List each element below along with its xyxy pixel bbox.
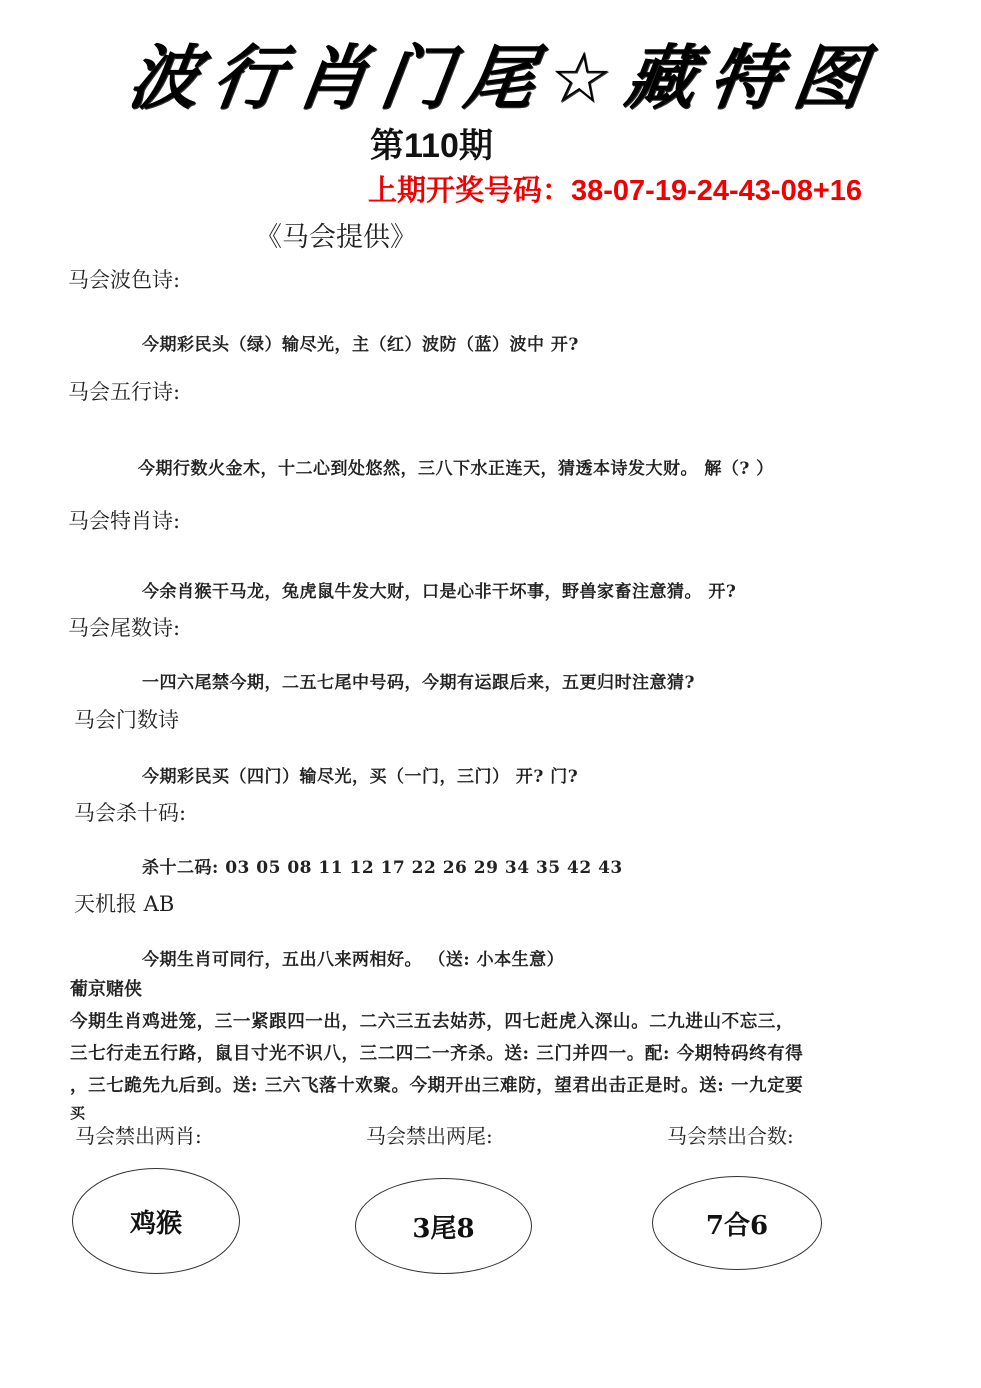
ban-tail-ellipse: 3尾8: [355, 1178, 532, 1274]
section-heading-door-number: 马会门数诗: [74, 704, 179, 734]
section-text-tail-number: 一四六尾禁今期，二五七尾中号码，今期有运跟后来，五更归时注意猜?: [142, 668, 695, 693]
ban-zodiac-value: 鸡猴: [130, 1203, 182, 1240]
section-text-kill-ten: 杀十二码: 03 05 08 11 12 17 22 26 29 34 35 4…: [142, 853, 623, 878]
ban-tail-value: 3尾8: [412, 1208, 474, 1245]
gamble-hero-line: ，三七跪先九后到。送: 三六飞落十欢聚。今期开出三难防，望君出击正是时。送: 一…: [70, 1072, 803, 1097]
provider-label: 《马会提供》: [255, 215, 417, 254]
ban-zodiac-ellipse: 鸡猴: [72, 1168, 240, 1274]
gamble-hero-line: 今期生肖鸡进笼，三一紧跟四一出，二六三五去姑苏，四七赶虎入深山。二九进山不忘三，: [70, 1008, 794, 1033]
section-heading-five-elements: 马会五行诗:: [68, 376, 180, 406]
section-text-special-zodiac: 今余肖猴干马龙，兔虎鼠牛发大财，口是心非干坏事，野兽家畜注意猜。 开?: [142, 577, 736, 602]
issue-number: 第110期: [370, 118, 493, 167]
section-text-tianji: 今期生肖可同行，五出八来两相好。 （送: 小本生意）: [142, 945, 564, 970]
ban-zodiac-label: 马会禁出两肖:: [75, 1120, 202, 1149]
gamble-hero-heading: 葡京赌侠: [70, 975, 142, 1001]
ban-sum-label: 马会禁出合数:: [667, 1120, 794, 1149]
gamble-hero-line: 三七行走五行路，鼠目寸光不识八，三二四二一齐杀。送: 三门并四一。配: 今期特码…: [70, 1040, 803, 1065]
section-text-wave-color: 今期彩民头（绿）输尽光，主（红）波防（蓝）波中 开?: [142, 330, 579, 355]
previous-draw-numbers: 38-07-19-24-43-08+16: [571, 175, 862, 207]
section-text-door-number: 今期彩民买（四门）输尽光，买（一门，三门） 开? 门?: [142, 762, 578, 787]
ban-sum-ellipse: 7合6: [652, 1176, 822, 1270]
previous-draw-label: 上期开奖号码：: [368, 175, 571, 207]
ban-sum-value: 7合6: [706, 1205, 768, 1242]
ban-tail-label: 马会禁出两尾:: [366, 1120, 493, 1149]
previous-draw: 上期开奖号码：38-07-19-24-43-08+16: [368, 168, 862, 209]
page-title: 波行肖门尾☆藏特图: [123, 22, 886, 123]
section-heading-tail-number: 马会尾数诗:: [68, 612, 180, 642]
section-heading-wave-color: 马会波色诗:: [68, 264, 180, 294]
section-heading-special-zodiac: 马会特肖诗:: [68, 505, 180, 535]
section-heading-tianji: 天机报 AB: [74, 888, 174, 918]
section-heading-kill-ten: 马会杀十码:: [74, 797, 186, 827]
section-text-five-elements: 今期行数火金木，十二心到处悠然，三八下水正连天，猜透本诗发大财。 解（? ）: [138, 454, 774, 479]
